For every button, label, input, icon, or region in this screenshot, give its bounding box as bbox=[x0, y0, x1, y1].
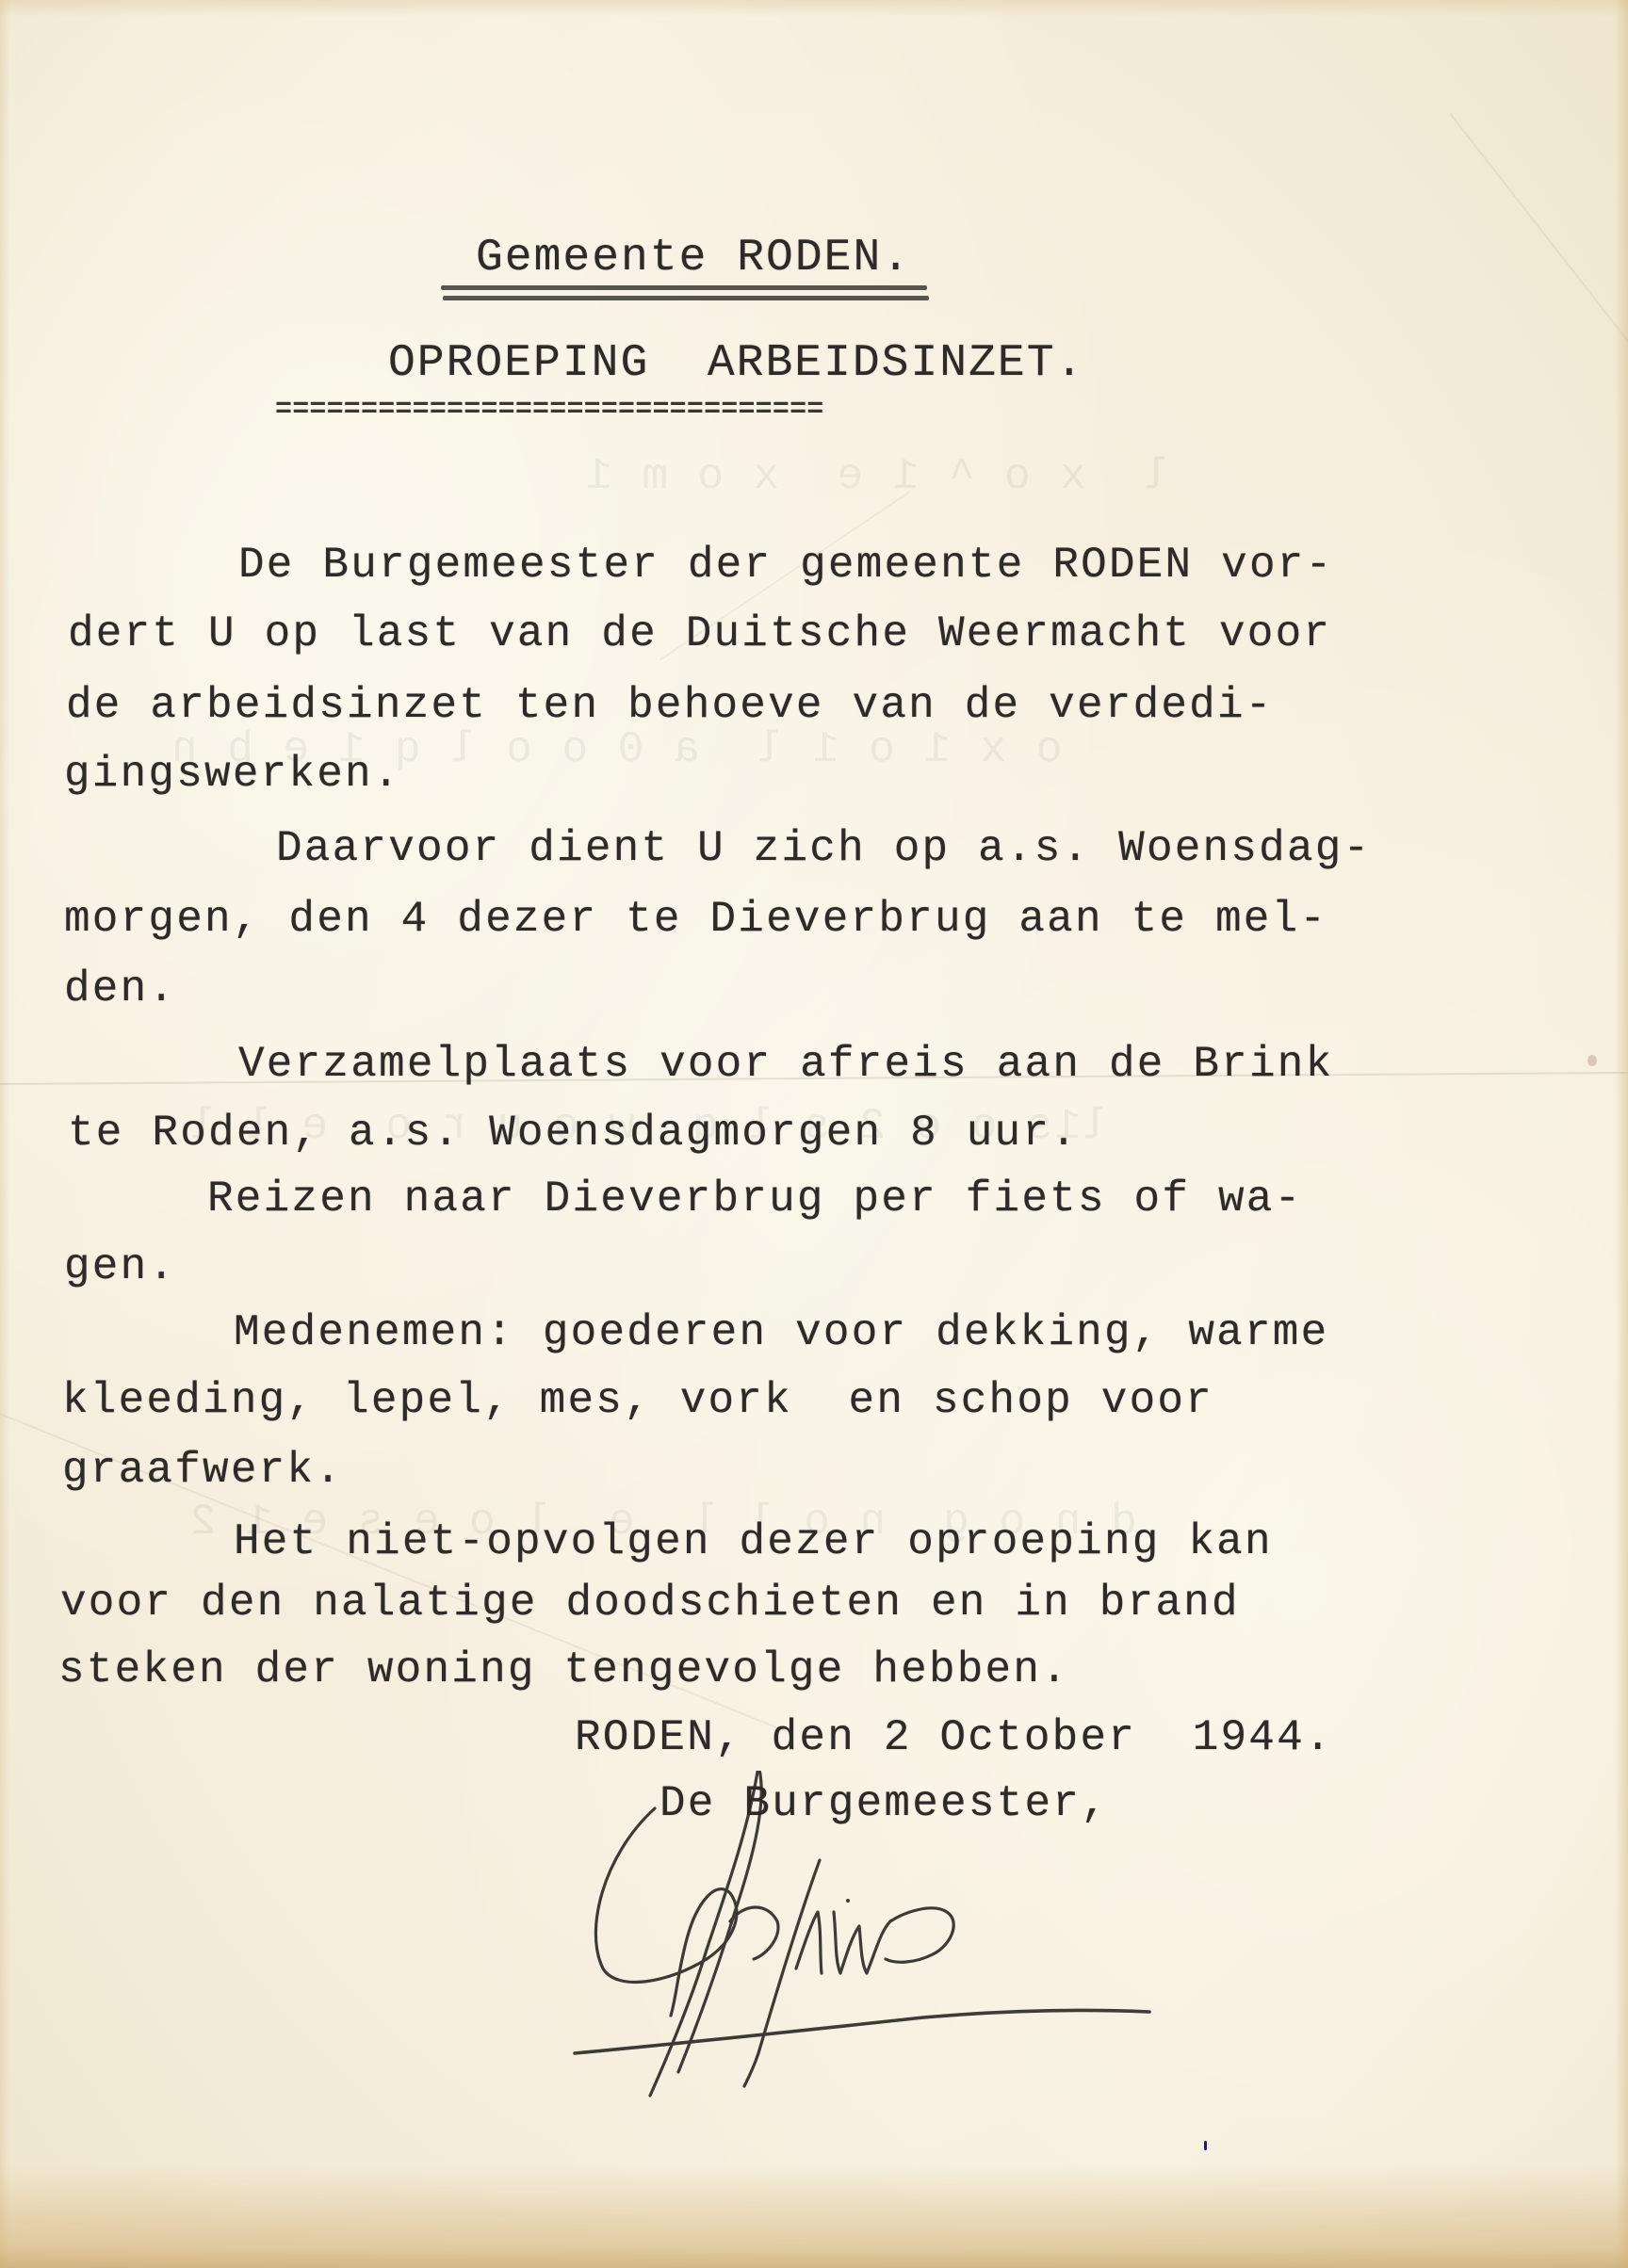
body-line: kleeding, lepel, mes, vork en schop voor bbox=[62, 1379, 1213, 1422]
paper-stain bbox=[1587, 1055, 1597, 1066]
body-line: gen. bbox=[64, 1245, 176, 1288]
body-line: Reizen naar Dieverbrug per fiets of wa- bbox=[207, 1177, 1302, 1221]
body-line: voor den nalatige doodschieten en in bra… bbox=[60, 1581, 1240, 1625]
body-line: Medenemen: goederen voor dekking, warme bbox=[234, 1311, 1328, 1354]
body-line: graafwerk. bbox=[62, 1449, 343, 1492]
ink-mark bbox=[1204, 2141, 1207, 2150]
title-rule: ================================ bbox=[275, 396, 1161, 424]
document-title: OPROEPING ARBEIDSINZET. bbox=[388, 341, 1084, 386]
body-line: Het niet-opvolgen dezer oproeping kan bbox=[234, 1520, 1273, 1563]
body-line: Daarvoor dient U zich op a.s. Woensdag- bbox=[276, 827, 1371, 870]
body-line: Verzamelplaats voor afreis aan de Brink bbox=[238, 1043, 1333, 1086]
heading-underline bbox=[443, 296, 929, 300]
paper-edge-top bbox=[0, 0, 1628, 17]
bleed-through-text: l x o ^ 1 e x o m 1 bbox=[584, 452, 1170, 501]
body-line: den. bbox=[64, 967, 176, 1011]
paper-edge-bottom bbox=[0, 2164, 1628, 2268]
body-line: De Burgemeester der gemeente RODEN vor- bbox=[238, 543, 1333, 587]
body-line: te Roden, a.s. Woensdagmorgen 8 uur. bbox=[68, 1111, 1079, 1155]
body-line: de arbeidsinzet ten behoeve van de verde… bbox=[66, 684, 1274, 727]
paper-edge-left bbox=[0, 0, 9, 2268]
body-line: dert U op last van de Duitsche Weermacht… bbox=[68, 612, 1331, 656]
heading-underline bbox=[441, 285, 927, 290]
municipality-heading: Gemeente RODEN. bbox=[476, 235, 911, 281]
body-line: morgen, den 4 dezer te Dieverbrug aan te… bbox=[64, 898, 1327, 941]
body-line: steken der woning tengevolge hebben. bbox=[58, 1648, 1069, 1692]
body-line: gingswerken. bbox=[64, 753, 401, 796]
place-and-date: RODEN, den 2 October 1944. bbox=[575, 1716, 1333, 1759]
signature-icon bbox=[565, 1771, 1168, 2110]
